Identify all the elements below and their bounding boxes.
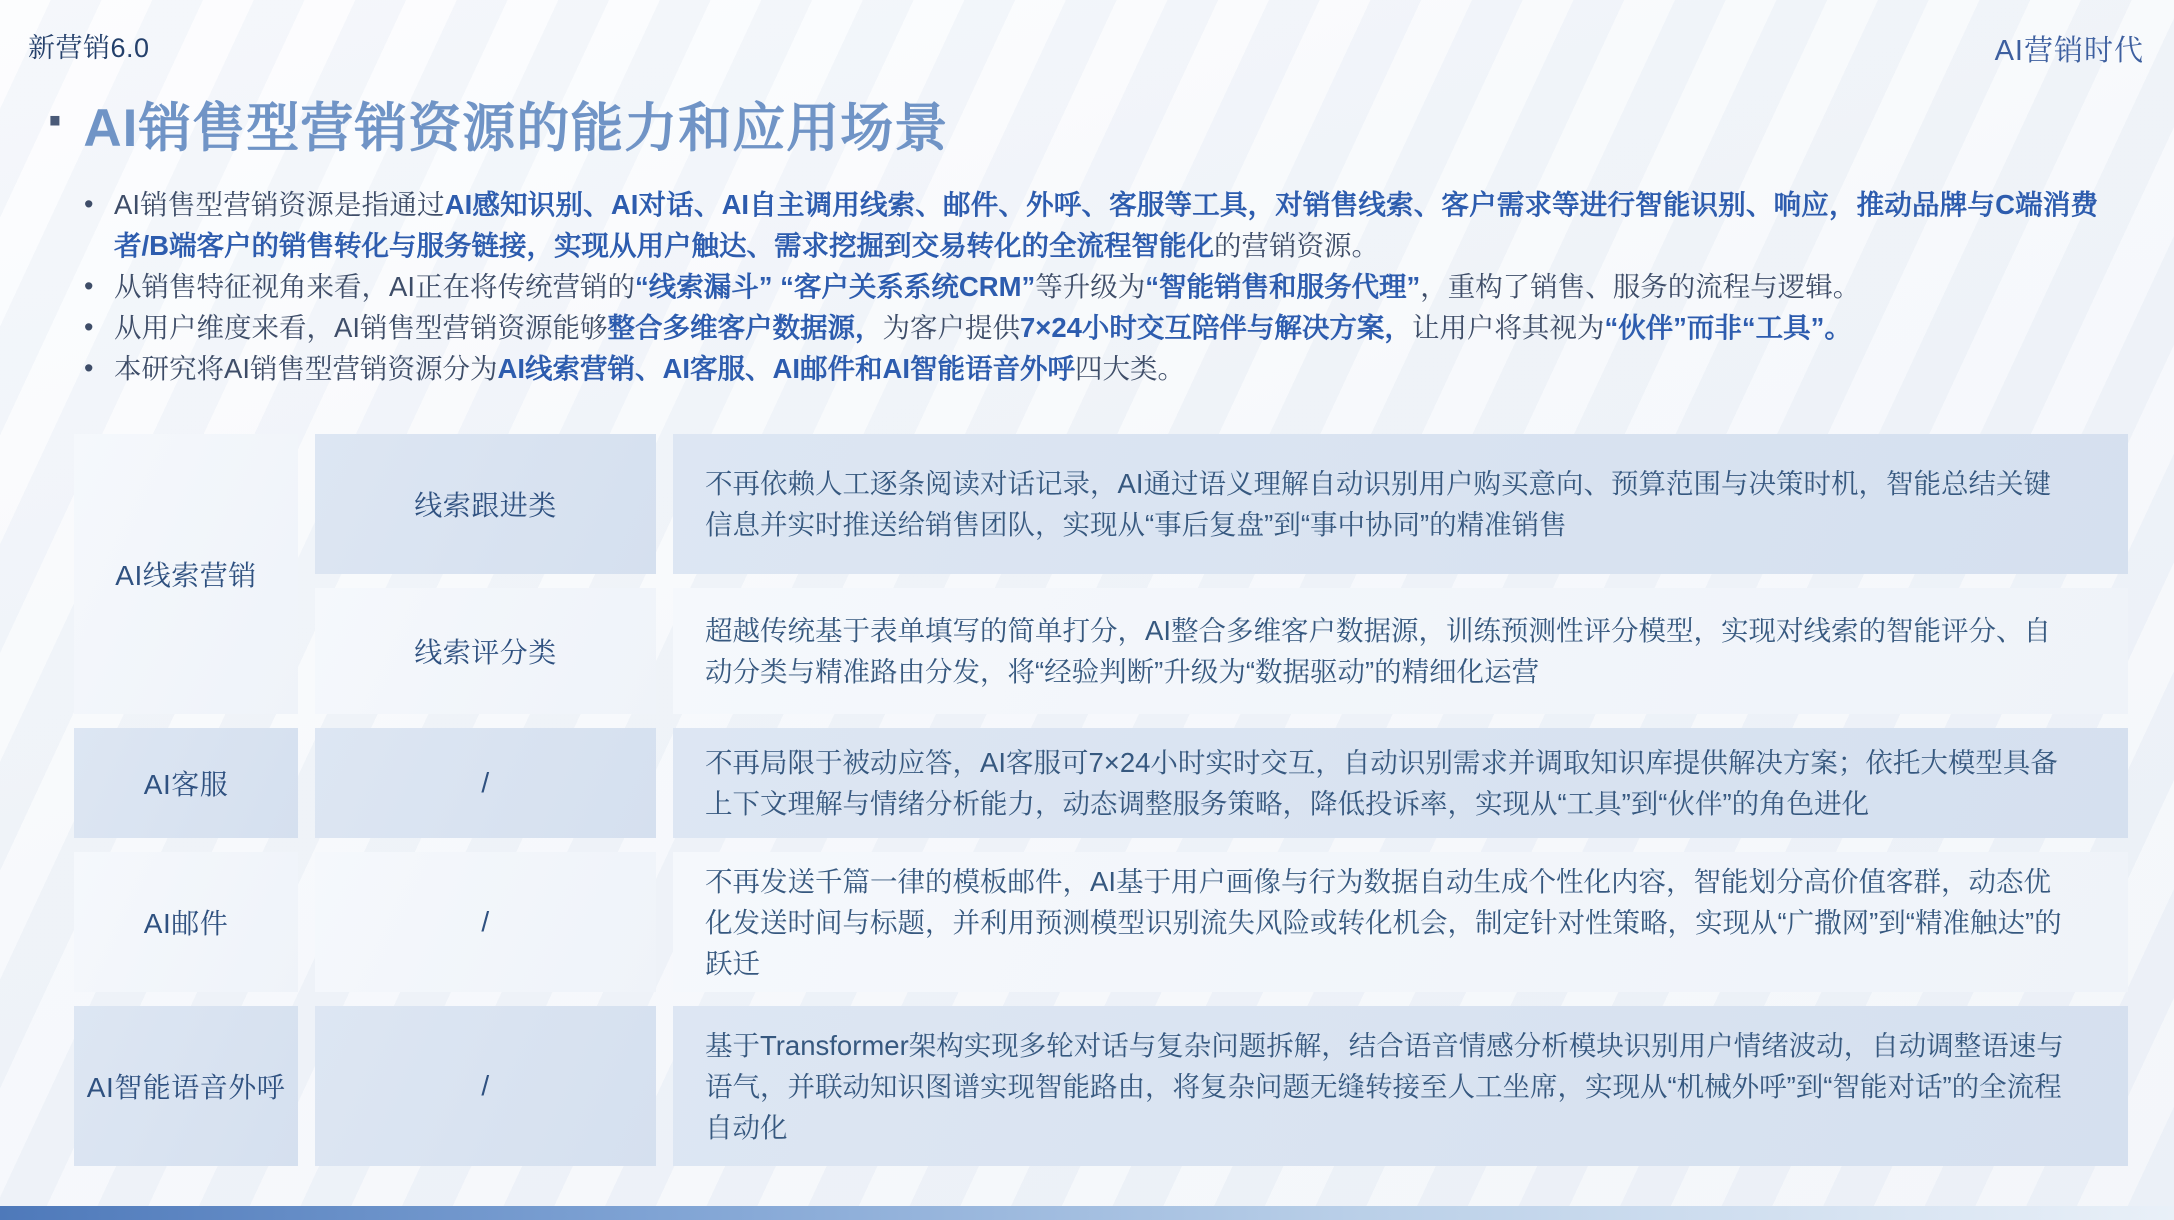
title-bullet-dot: ·: [46, 88, 67, 152]
capability-table: AI线索营销 线索跟进类 不再依赖人工逐条阅读对话记录，AI通过语义理解自动识别…: [74, 434, 2128, 1166]
subtype-cell-ai-voice-outbound: /: [315, 1006, 656, 1166]
summary-bullet-list: • AI销售型营销资源是指通过AI感知识别、AI对话、AI自主调用线索、邮件、外…: [82, 184, 2098, 389]
bullet-dot: •: [84, 184, 93, 225]
bullet-text: AI销售型营销资源是指通过AI感知识别、AI对话、AI自主调用线索、邮件、外呼、…: [114, 189, 2098, 261]
category-cell-ai-lead-marketing: AI线索营销: [74, 434, 298, 714]
desc-cell-ai-email: 不再发送千篇一律的模板邮件，AI基于用户画像与行为数据自动生成个性化内容，智能划…: [673, 852, 2128, 992]
title-row: · AI销售型营销资源的能力和应用场景: [46, 86, 948, 162]
header-tagline: AI营销时代: [1995, 28, 2144, 69]
bullet-text: 本研究将AI销售型营销资源分为AI线索营销、AI客服、AI邮件和AI智能语音外呼…: [114, 353, 1185, 384]
bullet-text: 从用户维度来看，AI销售型营销资源能够整合多维客户数据源，为客户提供7×24小时…: [114, 312, 1852, 343]
subtype-cell-ai-email: /: [315, 852, 656, 992]
bullet-item: • AI销售型营销资源是指通过AI感知识别、AI对话、AI自主调用线索、邮件、外…: [82, 184, 2098, 266]
category-cell-ai-customer-service: AI客服: [74, 728, 298, 838]
subtype-cell-ai-customer-service: /: [315, 728, 656, 838]
category-cell-ai-email: AI邮件: [74, 852, 298, 992]
desc-cell-lead-followup: 不再依赖人工逐条阅读对话记录，AI通过语义理解自动识别用户购买意向、预算范围与决…: [673, 434, 2128, 574]
desc-cell-ai-customer-service: 不再局限于被动应答，AI客服可7×24小时实时交互，自动识别需求并调取知识库提供…: [673, 728, 2128, 838]
footer-gradient-bar: [0, 1206, 2174, 1220]
bullet-dot: •: [84, 307, 93, 348]
desc-cell-ai-voice-outbound: 基于Transformer架构实现多轮对话与复杂问题拆解，结合语音情感分析模块识…: [673, 1006, 2128, 1166]
bullet-item: • 本研究将AI销售型营销资源分为AI线索营销、AI客服、AI邮件和AI智能语音…: [82, 348, 2098, 389]
category-cell-ai-voice-outbound: AI智能语音外呼: [74, 1006, 298, 1166]
header-brand: 新营销6.0: [28, 26, 150, 65]
bullet-item: • 从用户维度来看，AI销售型营销资源能够整合多维客户数据源，为客户提供7×24…: [82, 307, 2098, 348]
page-title: AI销售型营销资源的能力和应用场景: [83, 86, 948, 162]
slide-page: { "header": { "brand": "新营销6.0", "taglin…: [0, 0, 2174, 1220]
subtype-cell-lead-scoring: 线索评分类: [315, 588, 656, 714]
bullet-dot: •: [84, 266, 93, 307]
bullet-item: • 从销售特征视角来看，AI正在将传统营销的“线索漏斗” “客户关系系统CRM”…: [82, 266, 2098, 307]
bullet-text: 从销售特征视角来看，AI正在将传统营销的“线索漏斗” “客户关系系统CRM”等升…: [114, 271, 1860, 302]
desc-cell-lead-scoring: 超越传统基于表单填写的简单打分，AI整合多维客户数据源，训练预测性评分模型，实现…: [673, 588, 2128, 714]
bullet-dot: •: [84, 348, 93, 389]
subtype-cell-lead-followup: 线索跟进类: [315, 434, 656, 574]
